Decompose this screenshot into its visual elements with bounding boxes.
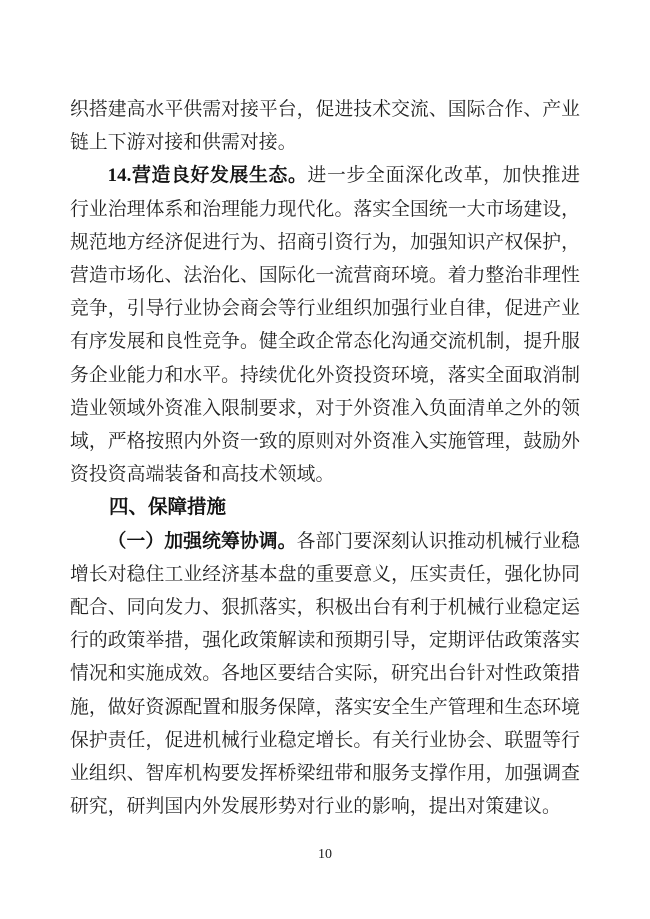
safeguard-1-lead: （一）加强统筹协调。 <box>108 531 297 552</box>
continuation-paragraph-text: 织搭建高水平供需对接平台，促进技术交流、国际合作、产业链上下游对接和供需对接。 <box>70 99 580 153</box>
document-page: 织搭建高水平供需对接平台，促进技术交流、国际合作、产业链上下游对接和供需对接。 … <box>0 0 650 919</box>
safeguard-1-text: 各部门要深刻认识推动机械行业稳增长对稳住工业经济基本盘的重要意义，压实责任，强化… <box>70 531 580 818</box>
page-number: 10 <box>0 846 650 864</box>
page-content: 织搭建高水平供需对接平台，促进技术交流、国际合作、产业链上下游对接和供需对接。 … <box>70 93 580 823</box>
continuation-paragraph: 织搭建高水平供需对接平台，促进技术交流、国际合作、产业链上下游对接和供需对接。 <box>70 93 580 159</box>
item-14-lead: 14.营造良好发展生态。 <box>108 165 308 186</box>
section-heading: 四、保障措施 <box>70 491 580 524</box>
safeguard-1-paragraph: （一）加强统筹协调。各部门要深刻认识推动机械行业稳增长对稳住工业经济基本盘的重要… <box>70 525 580 824</box>
item-14-text: 进一步全面深化改革，加快推进行业治理体系和治理能力现代化。落实全国统一大市场建设… <box>70 165 580 485</box>
item-14-paragraph: 14.营造良好发展生态。进一步全面深化改革，加快推进行业治理体系和治理能力现代化… <box>70 159 580 491</box>
